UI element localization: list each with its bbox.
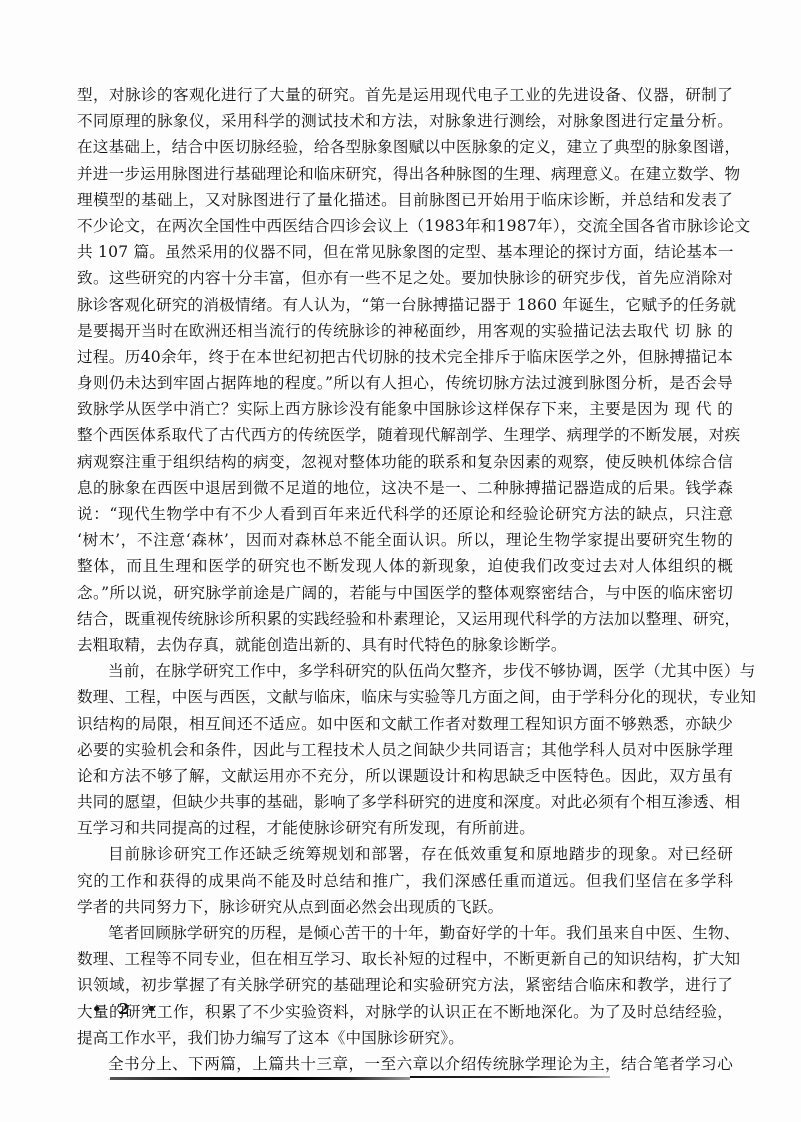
text-line: 共同的愿望，但缺少共事的基础，影响了多学科研究的进度和深度。对此必须有个相互渗透… <box>77 789 733 815</box>
body-text: 型，对脉诊的客观化进行了大量的研究。首先是运用现代电子工业的先进设备、仪器，研制… <box>77 82 733 1077</box>
text-line: 互学习和共同提高的过程，才能使脉诊研究有所发现，有所前进。 <box>77 815 733 841</box>
text-line: 结合，既重视传统脉诊所积累的实践经验和朴素理论，又运用现代科学的方法加以整理、研… <box>77 606 733 632</box>
text-line: 整体，而且生理和医学的研究也不断发现人体的新现象，迫使我们改变过去对人体组织的概 <box>77 553 733 579</box>
text-line: 数理、工程，中医与西医，文献与临床，临床与实验等几方面之间，由于学科分化的现状，… <box>77 684 733 710</box>
text-line: 致。这些研究的内容十分丰富，但亦有一些不足之处。要加快脉诊的研究步伐，首先应消除… <box>77 265 733 291</box>
text-line: 说：“现代生物学中有不少人看到百年来近代科学的还原论和经验论研究方法的缺点，只注… <box>77 501 733 527</box>
text-line: ‘树木’，不注意‘森林’，因而对森林总不能全面认识。所以，理论生物学家提出要研究… <box>77 527 733 553</box>
text-line: 致脉学从医学中消亡？实际上西方脉诊没有能象中国脉诊这样保存下来，主要是因为 现 … <box>77 396 733 422</box>
text-line: 念。”所以说，研究脉学前途是广阔的，若能与中国医学的整体观察密结合，与中医的临床… <box>77 580 733 606</box>
text-line: 目前脉诊研究工作还缺乏统筹规划和部署，存在低效重复和原地踏步的现象。对已经研 <box>77 841 733 867</box>
text-line: 识领域，初步掌握了有关脉学研究的基础理论和实验研究方法，紧密结合临床和教学，进行… <box>77 972 733 998</box>
text-line: 识结构的局限，相互间还不适应。如中医和文献工作者对数理工程知识方面不够熟悉，亦缺… <box>77 711 733 737</box>
text-line: 提高工作水平，我们协力编写了这本《中国脉诊研究》。 <box>77 1025 733 1051</box>
text-line: 并进一步运用脉图进行基础理论和临床研究，得出各种脉图的生理、病理意义。在建立数学… <box>77 161 733 187</box>
text-line: 息的脉象在西医中退居到微不足道的地位，这决不是一、二种脉搏描记器造成的后果。钱学… <box>77 475 733 501</box>
text-line: 全书分上、下两篇，上篇共十三章，一至六章以介绍传统脉学理论为主，结合笔者学习心 <box>77 1051 733 1077</box>
scanned-book-page: 型，对脉诊的客观化进行了大量的研究。首先是运用现代电子工业的先进设备、仪器，研制… <box>0 0 801 1122</box>
text-line: 必要的实验机会和条件，因此与工程技术人员之间缺少共同语言；其他学科人员对中医脉学… <box>77 737 733 763</box>
text-line: 整个西医体系取代了古代西方的传统医学，随着现代解剖学、生理学、病理学的不断发展，… <box>77 422 733 448</box>
text-line: 论和方法不够了解，文献运用亦不充分，所以课题设计和构思缺乏中医特色。因此，双方虽… <box>77 763 733 789</box>
text-line: 过程。历40余年，终于在本世纪初把古代切脉的技术完全排斥于临床医学之外，但脉搏描… <box>77 344 733 370</box>
text-line: 病观察注重于组织结构的病变，忽视对整体功能的联系和复杂因素的观察，使反映机体综合… <box>77 449 733 475</box>
text-line: 共 107 篇。虽然采用的仪器不同，但在常见脉象图的定型、基本理论的探讨方面，结… <box>77 239 733 265</box>
text-line: 不少论文，在两次全国性中西医结合四诊会议上（1983年和1987年），交流全国各… <box>77 213 733 239</box>
text-line: 理模型的基础上，又对脉图进行了量化描述。目前脉图已开始用于临床诊断，并总结和发表… <box>77 187 733 213</box>
text-line: 脉诊客观化研究的消极情绪。有人认为，“第一台脉搏描记器于 1860 年诞生，它赋… <box>77 292 733 318</box>
text-line: 大量的研究工作，积累了不少实验资料，对脉学的认识正在不断地深化。为了及时总结经验… <box>77 999 733 1025</box>
text-line: 型，对脉诊的客观化进行了大量的研究。首先是运用现代电子工业的先进设备、仪器，研制… <box>77 82 733 108</box>
text-line: 在这基础上，结合中医切脉经验，给各型脉象图赋以中医脉象的定义，建立了典型的脉象图… <box>77 134 733 160</box>
text-line: 学者的共同努力下，脉诊研究从点到面必然会出现质的飞跃。 <box>77 894 733 920</box>
text-line: 笔者回顾脉学研究的历程，是倾心苦干的十年，勤奋好学的十年。我们虽来自中医、生物、 <box>77 920 733 946</box>
footer-rule-tail <box>410 1076 610 1078</box>
text-line: 当前，在脉学研究工作中，多学科研究的队伍尚欠整齐，步伐不够协调，医学（尤其中医）… <box>77 658 733 684</box>
text-line: 究的工作和获得的成果尚不能及时总结和推广，我们深感任重而道远。但我们坚信在多学科 <box>77 868 733 894</box>
text-line: 身则仍未达到牢固占据阵地的程度。”所以有人担心，传统切脉方法过渡到脉图分析，是否… <box>77 370 733 396</box>
page-number: • 2 • <box>92 1000 162 1018</box>
text-line: 去粗取精，去伪存真，就能创造出新的、具有时代特色的脉象诊断学。 <box>77 632 733 658</box>
text-line: 数理、工程等不同专业，但在相互学习、取长补短的过程中，不断更新自己的知识结构，扩… <box>77 946 733 972</box>
text-line: 是要揭开当时在欧洲还相当流行的传统脉诊的神秘面纱，用客观的实验描记法去取代 切 … <box>77 318 733 344</box>
text-line: 不同原理的脉象仪，采用科学的测试技术和方法，对脉象进行测绘，对脉象图进行定量分析… <box>77 108 733 134</box>
footer-rule <box>110 1077 410 1080</box>
